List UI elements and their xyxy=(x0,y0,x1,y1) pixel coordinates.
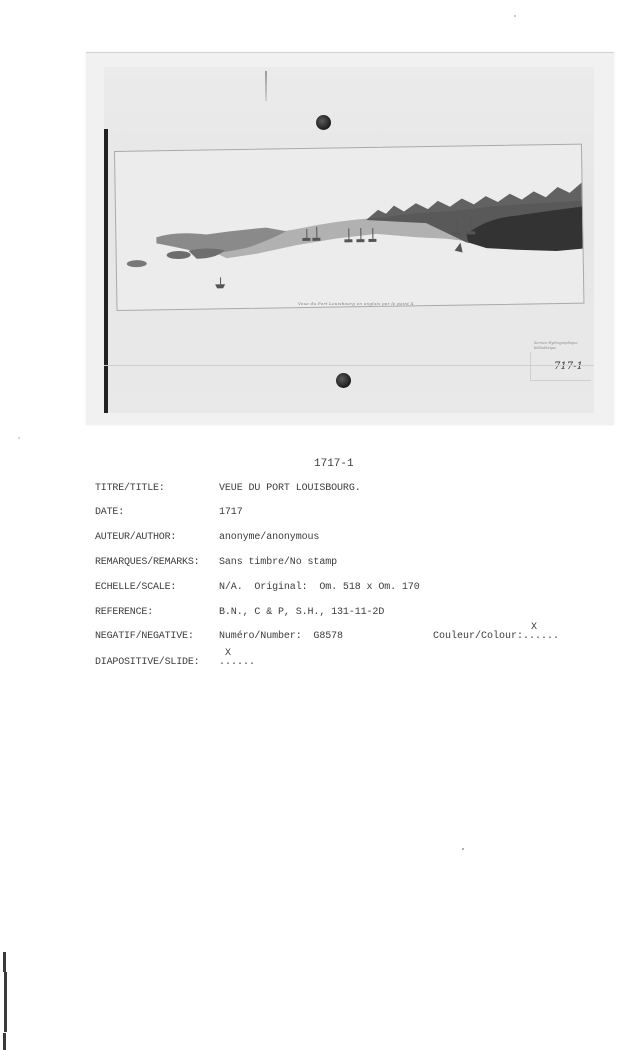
slide-checkbox-mark: X...... xyxy=(219,657,255,668)
harbour-illustration xyxy=(115,145,583,310)
scan-artifact xyxy=(4,972,7,1032)
field-label-author: AUTEUR/AUTHOR: xyxy=(95,532,176,543)
field-label-negative: NEGATIF/NEGATIVE: xyxy=(95,631,194,642)
field-value-reference: B.N., C & P, S.H., 131-11-2D xyxy=(219,607,384,618)
colour-checkbox-mark: X...... xyxy=(523,631,559,642)
scratch-mark xyxy=(265,71,267,101)
field-value-scale: N/A. Original: Om. 518 x Om. 170 xyxy=(219,582,420,593)
plate-number: 717-1 xyxy=(554,361,583,372)
harbour-drawing xyxy=(114,144,584,311)
scan-speck xyxy=(462,848,464,850)
field-value-date: 1717 xyxy=(219,507,243,518)
field-label-title: TITRE/TITLE: xyxy=(95,483,165,494)
field-value-negative: Numéro/Number: G8578 xyxy=(219,631,343,642)
mount-guide-line xyxy=(104,365,594,366)
photo-border-edge xyxy=(104,129,108,413)
drawing-caption: Veue du Port Louisbourg en anglois par l… xyxy=(298,301,414,306)
field-label-date: DATE: xyxy=(95,507,124,518)
photograph: Veue du Port Louisbourg en anglois par l… xyxy=(104,67,594,413)
colour-field: Couleur/Colour:X...... xyxy=(433,631,559,642)
pin-hole-top-icon xyxy=(316,115,331,130)
field-label-reference: REFERENCE: xyxy=(95,607,153,618)
scan-artifact xyxy=(3,952,6,972)
pin-hole-bottom-icon xyxy=(336,373,351,388)
archive-stamp-note: Service Hydrographique bibliothèque xyxy=(534,341,582,351)
slide-x-mark: X xyxy=(225,648,231,659)
photograph-mount: Veue du Port Louisbourg en anglois par l… xyxy=(86,52,614,425)
colour-dots: ...... xyxy=(523,631,559,642)
field-label-remarks: REMARQUES/REMARKS: xyxy=(95,557,199,568)
field-value-author: anonyme/anonymous xyxy=(219,532,319,543)
scan-speck xyxy=(514,15,516,17)
field-value-remarks: Sans timbre/No stamp xyxy=(219,557,337,568)
scan-artifact xyxy=(3,1033,6,1050)
field-value-title: VEUE DU PORT LOUISBOURG. xyxy=(219,483,361,494)
field-label-scale: ECHELLE/SCALE: xyxy=(95,582,176,593)
colour-x-mark: X xyxy=(531,622,537,633)
field-label-slide: DIAPOSITIVE/SLIDE: xyxy=(95,657,199,668)
slide-field: X...... xyxy=(219,657,255,668)
record-id: 1717-1 xyxy=(314,458,354,470)
scan-speck xyxy=(18,437,20,439)
field-label-colour: Couleur/Colour: xyxy=(433,631,523,642)
